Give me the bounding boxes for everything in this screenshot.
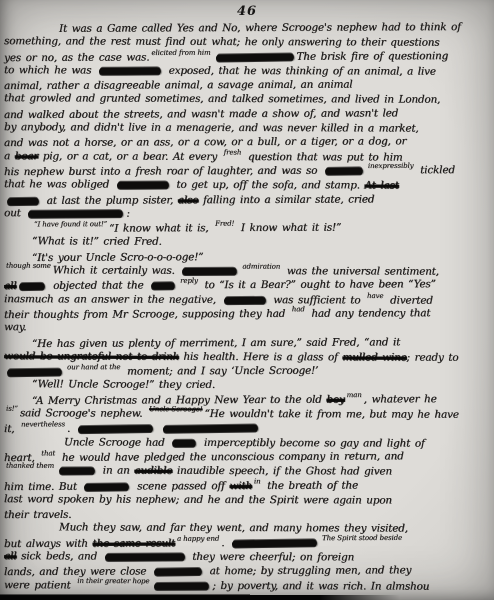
- manuscript-line: “What is it!” cried Fred.: [4, 235, 490, 251]
- struck-through-text: audible: [134, 465, 172, 477]
- handwritten-text: “What is it!” cried Fred.: [32, 236, 162, 248]
- handwritten-text: yes or no, as the case was.: [4, 51, 149, 64]
- handwritten-text: at home; by struggling men, and they: [205, 565, 411, 578]
- manuscript-line: that growled and grunted sometimes, and …: [4, 92, 490, 108]
- manuscript-sheet: 46 It was a Game called Yes and No, wher…: [0, 0, 494, 600]
- scribbled-out-ink-blob: [77, 425, 154, 433]
- interlinear-insertion: Fred!: [215, 221, 234, 228]
- scribbled-out-ink-blob: [104, 553, 186, 561]
- struck-through-text: At last: [364, 180, 398, 192]
- handwritten-text: diverted: [385, 294, 432, 306]
- struck-through-text: with: [229, 479, 252, 491]
- struck-through-text: bear: [15, 150, 38, 162]
- handwritten-text: tickled: [415, 164, 454, 176]
- handwritten-text: Much they saw, and far they went, and ma…: [59, 522, 408, 535]
- handwritten-text: “It's your Uncle Scro-o-o-o-oge!”: [32, 251, 203, 264]
- interlinear-insertion: fresh: [224, 149, 242, 156]
- manuscript-line: Much they saw, and far they went, and ma…: [4, 521, 490, 537]
- scribbled-out-ink-blob: [324, 167, 363, 175]
- interlinear-insertion: is!”: [6, 406, 18, 413]
- handwritten-text: him time. But: [4, 480, 82, 492]
- handwritten-text: falling into a similar state, cried: [198, 193, 374, 206]
- interlinear-insertion: man: [347, 392, 362, 399]
- handwritten-text: a: [4, 150, 15, 162]
- interlinear-insertion: elicited from him: [151, 49, 210, 56]
- handwritten-text: to “Is it a Bear?” ought to have been “Y…: [200, 279, 436, 292]
- handwritten-text: ; by poverty, and it was rich. In almsho…: [212, 579, 429, 592]
- scan-edge-artifact-secondary: [0, 594, 250, 596]
- handwritten-text: his nephew burst into a fresh roar of la…: [4, 165, 322, 178]
- manuscript-lines: It was a Game called Yes and No, where S…: [4, 21, 490, 593]
- handwritten-text: said Scrooge's nephew.: [20, 407, 147, 419]
- handwritten-text: .: [221, 537, 229, 549]
- interlinear-insertion: in: [254, 478, 261, 485]
- handwritten-text: It was a Game called Yes and No, where S…: [59, 21, 461, 35]
- handwritten-text: and was not a horse, or an ass, or a cow…: [4, 136, 406, 150]
- handwritten-text: and walked about the streets, and wasn't…: [4, 107, 398, 121]
- handwritten-text: I know what it is!”: [236, 222, 341, 234]
- manuscript-line: him time. But scene passed off within th…: [4, 477, 490, 493]
- interlinear-insertion: that: [41, 450, 55, 457]
- struck-through-text: all: [4, 280, 16, 292]
- handwritten-text: in an: [98, 465, 134, 477]
- scribbled-out-ink-blob: [6, 197, 39, 204]
- handwritten-text: objected that the: [48, 280, 148, 292]
- interlinear-insertion: “I have found it out!”: [34, 221, 107, 228]
- struck-through-text: would be ungrateful not to drink: [4, 350, 179, 363]
- handwritten-text: “He has given us plenty of merriment, I …: [32, 336, 400, 350]
- scribbled-out-ink-blob: [215, 53, 295, 61]
- handwritten-text: it,: [4, 423, 19, 435]
- scribbled-out-ink-blob: [150, 283, 175, 290]
- handwritten-text: .: [67, 423, 75, 435]
- handwritten-text: inasmuch as an answer in the negative,: [4, 293, 221, 306]
- handwritten-text: last word spoken by his nephew; and he a…: [4, 493, 392, 506]
- interlinear-insertion: admiration: [242, 264, 280, 271]
- struck-through-text: all: [4, 550, 16, 562]
- scribbled-out-ink-blob: [154, 582, 211, 589]
- handwritten-text: to get up, off the sofa, and stamp.: [172, 179, 365, 192]
- interlinear-insertion: a happy end: [177, 535, 219, 542]
- handwritten-text: animal, rather a disagreeable animal, a …: [4, 79, 352, 93]
- handwritten-text: scene passed off: [132, 480, 229, 492]
- handwritten-text: , whatever he: [364, 393, 437, 405]
- handwritten-text: imperceptibly become so gay and light of: [199, 436, 424, 449]
- handwritten-text: “Well! Uncle Scrooge!” they cried.: [32, 379, 215, 392]
- struck-interlinear-insertion: Uncle Scrooge!: [149, 406, 202, 413]
- manuscript-line: that he was obliged to get up, off the s…: [4, 177, 490, 193]
- handwritten-text: sick beds, and: [16, 550, 101, 562]
- handwritten-text: Uncle Scrooge had: [64, 436, 169, 448]
- handwritten-text: “He wouldn't take it from me, but may he…: [204, 408, 458, 421]
- handwritten-text: way.: [4, 321, 26, 333]
- scribbled-out-ink-blob: [98, 67, 162, 74]
- struck-through-text: also: [178, 194, 199, 206]
- manuscript-line: and was not a horse, or an ass, or a cow…: [4, 134, 490, 150]
- interlinear-insertion: reply: [180, 278, 198, 285]
- scribbled-out-ink-blob: [116, 182, 170, 189]
- handwritten-text: was sufficient to: [269, 294, 365, 306]
- handwritten-text: exposed, that he was thinking of an anim…: [164, 65, 436, 78]
- handwritten-text: ; ready to: [407, 351, 459, 363]
- handwritten-text: Which it certainly was.: [53, 264, 180, 276]
- handwritten-text: at last the plump sister,: [42, 194, 178, 207]
- manuscript-page: 46 It was a Game called Yes and No, wher…: [0, 0, 494, 600]
- manuscript-line: something, and the rest must find out wh…: [4, 34, 490, 50]
- manuscript-line: “Well! Uncle Scrooge!” they cried.: [4, 378, 490, 394]
- scribbled-out-ink-blob: [6, 369, 63, 377]
- interlinear-insertion: nevertheless: [21, 422, 65, 429]
- scribbled-out-ink-blob: [58, 467, 96, 474]
- scribbled-out-ink-blob: [231, 539, 318, 547]
- handwritten-text: out: [4, 207, 25, 219]
- handwritten-text: their thoughts from Mr Scrooge, supposin…: [4, 308, 290, 321]
- handwritten-text: something, and the rest must find out wh…: [4, 35, 439, 49]
- handwritten-text: that growled and grunted sometimes, and …: [4, 93, 440, 107]
- scribbled-out-ink-blob: [171, 439, 196, 446]
- handwritten-text: his health. Here is a glass of: [179, 351, 343, 364]
- handwritten-text: he would have pledged the unconscious co…: [57, 450, 403, 464]
- interlinear-insertion: have: [367, 293, 383, 300]
- handwritten-text: were patient: [4, 579, 75, 591]
- handwritten-text: to which he was: [4, 64, 96, 76]
- scribbled-out-ink-blob: [223, 296, 267, 303]
- handwritten-text: they were cheerful; on foreign: [188, 551, 354, 564]
- handwritten-text: had any tendency that: [307, 307, 431, 320]
- handwritten-text: was the universal sentiment,: [282, 265, 439, 278]
- handwritten-text: pig, or a cat, or a bear. At every: [38, 150, 222, 163]
- handwritten-text: The brisk fire of questioning: [296, 50, 448, 63]
- manuscript-line: were patient in their greater hope; by p…: [4, 578, 490, 594]
- interlinear-insertion: in their greater hope: [77, 577, 149, 584]
- handwritten-text: “I know what it is,: [109, 222, 213, 234]
- handwritten-text: the breath of the: [262, 479, 358, 491]
- interlinear-insertion: had: [292, 306, 305, 313]
- manuscript-line: thanked them in an audible inaudible spe…: [4, 463, 490, 479]
- handwritten-text: [156, 423, 161, 435]
- interlinear-insertion: thanked them: [6, 463, 54, 470]
- struck-through-text: boy: [326, 393, 344, 405]
- interlinear-insertion: though some: [6, 263, 51, 270]
- struck-through-text: the same result: [92, 537, 175, 549]
- scribbled-out-ink-blob: [163, 425, 260, 433]
- manuscript-line: it, nevertheless.: [4, 420, 490, 436]
- handwritten-text: that he was obliged: [4, 178, 114, 190]
- handwritten-text: by anybody, and didn't live in a menager…: [4, 121, 419, 134]
- scribbled-out-ink-blob: [28, 210, 125, 218]
- handwritten-text: moment; and I say ‘Uncle Scrooge!’: [122, 365, 318, 378]
- struck-through-text: mulled wine: [342, 351, 406, 363]
- manuscript-line: all objected that the reply to “Is it a …: [4, 277, 490, 293]
- scribbled-out-ink-blob: [153, 568, 202, 576]
- handwritten-text: :: [126, 207, 129, 219]
- scribbled-out-ink-blob: [84, 483, 130, 491]
- handwritten-text: inaudible speech, if the Ghost had given: [172, 465, 392, 478]
- page-number: 46: [4, 3, 490, 21]
- scribbled-out-ink-blob: [182, 268, 239, 275]
- manuscript-line: way.: [4, 320, 490, 336]
- scribbled-out-ink-blob: [19, 283, 46, 290]
- interlinear-insertion: The Spirit stood beside: [322, 535, 402, 542]
- interlinear-insertion: our hand at the: [67, 364, 120, 371]
- handwritten-text: but always with: [4, 537, 92, 549]
- interlinear-insertion: inexpressibly: [368, 163, 414, 170]
